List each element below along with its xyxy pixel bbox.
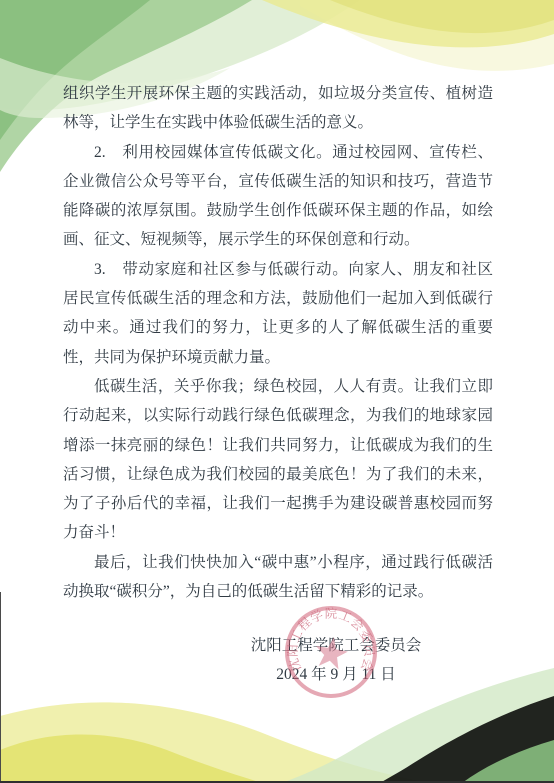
letter-body: 组织学生开展环保主题的实践活动，如垃圾分类宣传、植树造林等，让学生在实践中体验低… [63, 79, 493, 606]
paragraph-closing: 最后，让我们快快加入“碳中惠”小程序，通过践行低碳活动换取“碳积分”，为自己的低… [63, 548, 493, 607]
paragraph-item-2: 2. 利用校园媒体宣传低碳文化。通过校园网、宣传栏、企业微信公众号等平台，宣传低… [63, 138, 493, 255]
letter-page: 组织学生开展环保主题的实践活动，如垃圾分类宣传、植树造林等，让学生在实践中体验低… [0, 0, 554, 783]
paragraph-appeal: 低碳生活，关乎你我；绿色校园，人人有责。让我们立即行动起来，以实际行动践行绿色低… [63, 372, 493, 548]
scan-edge-left [0, 592, 1, 783]
signature-date: 2024 年 9 月 11 日 [180, 665, 492, 685]
signature-block: 沈阳工程学院工会委员会 2024 年 9 月 11 日 [180, 636, 492, 685]
signature-organization: 沈阳工程学院工会委员会 [180, 636, 492, 656]
paragraph-item-3: 3. 带动家庭和社区参与低碳行动。向家人、朋友和社区居民宣传低碳生活的理念和方法… [63, 255, 493, 372]
paragraph-continued: 组织学生开展环保主题的实践活动，如垃圾分类宣传、植树造林等，让学生在实践中体验低… [63, 79, 493, 138]
